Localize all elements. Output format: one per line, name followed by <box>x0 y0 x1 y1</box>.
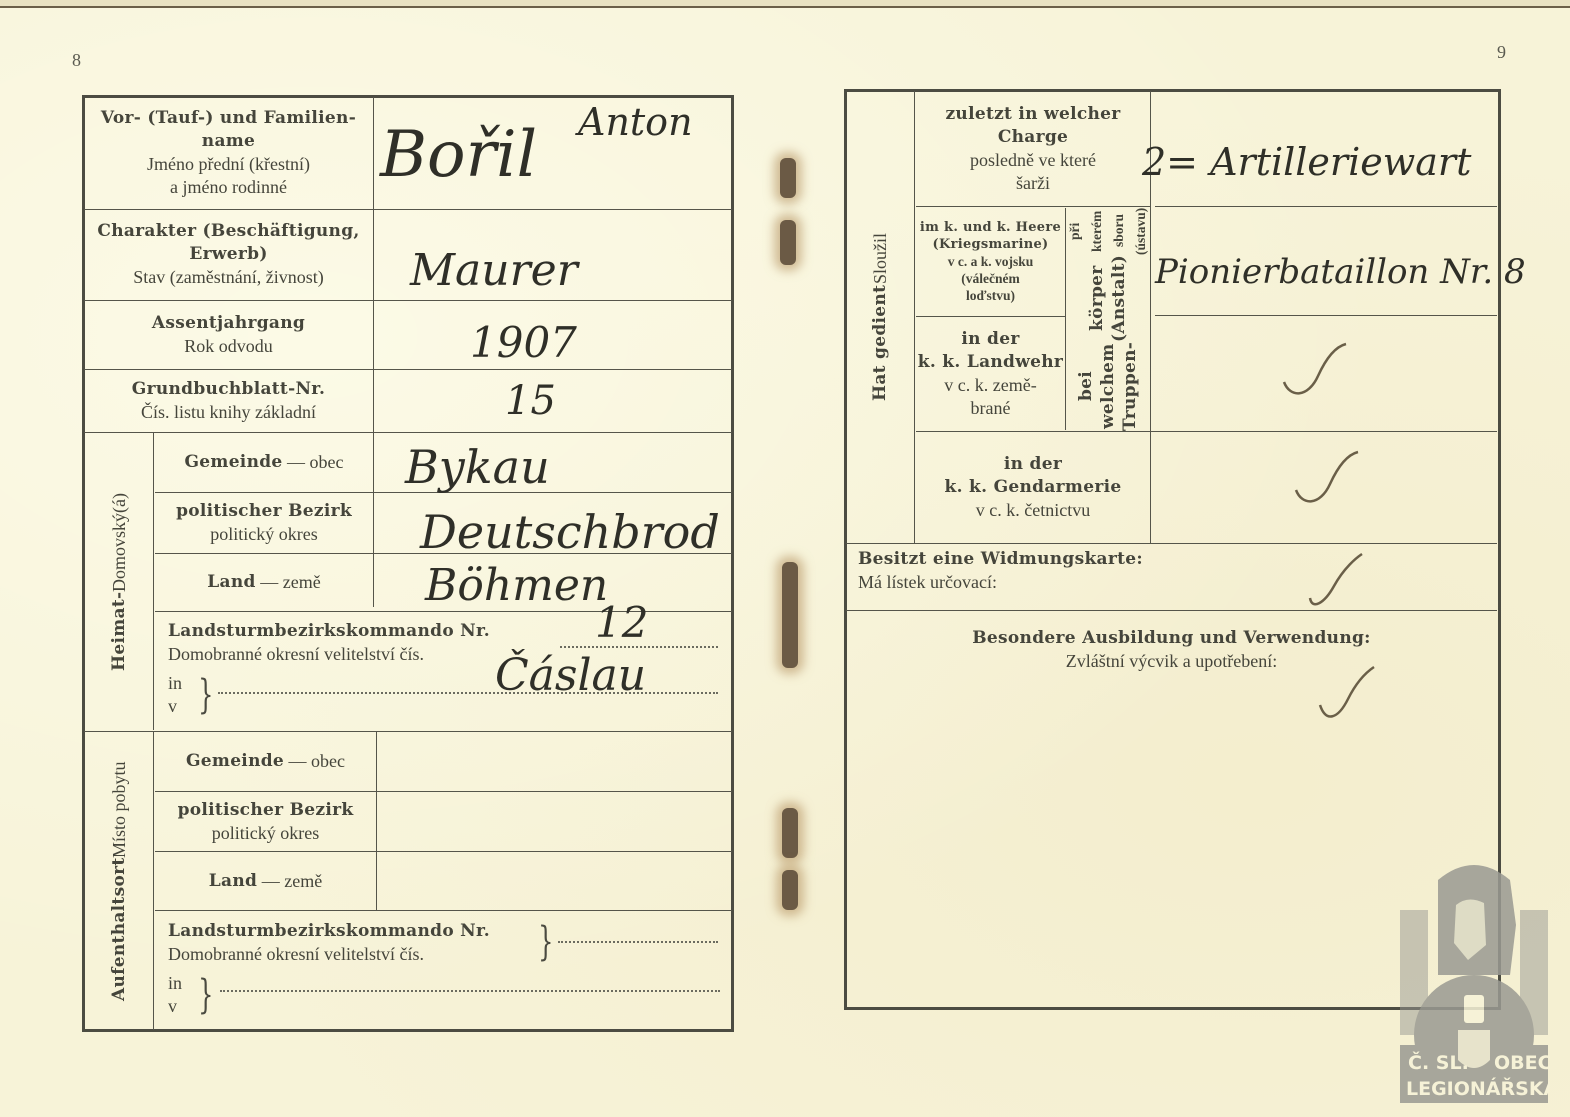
value-heimat-bezirk: Deutschbrod <box>420 505 720 559</box>
divider <box>84 731 732 732</box>
label-charge: zuletzt in welcher Charge posledně ve kt… <box>916 92 1150 205</box>
divider <box>84 432 732 433</box>
value-heimat-landsturm-nr: 12 <box>595 598 648 647</box>
checkmark-gendarmerie <box>1292 448 1362 503</box>
checkmark-landwehr <box>1280 340 1350 395</box>
label-widmungskarte: Besitzt eine Widmungskarte: Má lístek ur… <box>858 548 1258 606</box>
label-aufenthalt-in: in v <box>168 972 198 1022</box>
label-served: Hat gedient Sloužil <box>848 92 912 542</box>
page-number-right: 9 <box>1497 42 1506 63</box>
checkmark-widmungskarte <box>1300 552 1370 607</box>
value-service-army: Pionierbataillon Nr. 8 <box>1155 252 1526 292</box>
divider <box>153 433 154 730</box>
value-surname: Bořil <box>380 118 537 192</box>
divider <box>916 316 1065 317</box>
divider <box>376 732 377 910</box>
label-unit-column: bei welchem Truppen- körper (Anstalt) př… <box>1067 208 1149 430</box>
value-first-name: Anton <box>578 100 693 144</box>
label-service-landwehr: in der k. k. Landwehr v c. k. země- bran… <box>916 318 1065 430</box>
divider <box>916 431 1497 432</box>
book-top-edge <box>0 0 1570 8</box>
brace: } <box>198 975 213 1015</box>
label-assent-year: Assentjahrgang Rok odvodu <box>86 302 371 367</box>
svg-text:LEGIONÁŘSKÁ: LEGIONÁŘSKÁ <box>1406 1077 1550 1100</box>
divider <box>846 610 1497 611</box>
label-aufenthalt-landsturm: Landsturmbezirkskommando Nr. Domobranné … <box>168 920 528 970</box>
label-register-number: Grundbuchblatt-Nr. Čís. listu knihy zákl… <box>86 371 371 430</box>
staple-top <box>780 158 796 198</box>
divider <box>155 910 732 911</box>
label-aufenthalt-bezirk: politischer Bezirk politický okres <box>156 793 375 850</box>
divider <box>846 543 1497 544</box>
page-number-left: 8 <box>72 50 81 71</box>
divider <box>1155 206 1497 207</box>
staple-bottom <box>782 808 798 858</box>
label-aufenthalt-gemeinde: Gemeinde — obec <box>156 733 375 790</box>
label-heimat-gemeinde: Gemeinde — obec <box>156 434 372 491</box>
divider <box>1155 315 1497 316</box>
label-heimat-in: in v <box>168 672 198 722</box>
label-service-army: im k. und k. Heere (Kriegsmarine) v c. a… <box>916 208 1065 315</box>
label-heimat-bezirk: politischer Bezirk politický okres <box>156 494 372 552</box>
value-charge: 2= Artilleriewart <box>1142 140 1471 184</box>
svg-text:Č. SL.: Č. SL. <box>1408 1050 1469 1074</box>
value-occupation: Maurer <box>410 245 578 296</box>
value-assent-year: 1907 <box>470 318 577 367</box>
dotted-line <box>558 941 718 943</box>
brace: } <box>198 675 213 715</box>
section-label-aufenthalt: Aufenthaltsort Místo pobytu <box>86 733 152 1029</box>
dotted-line <box>220 990 720 992</box>
divider <box>84 300 732 301</box>
divider <box>914 91 915 543</box>
divider <box>153 732 154 1030</box>
label-occupation: Charakter (Beschäftigung, Erwerb) Stav (… <box>86 211 371 298</box>
svg-text:OBEC: OBEC <box>1494 1052 1550 1074</box>
staple-top-2 <box>780 220 796 265</box>
value-heimat-gemeinde: Bykau <box>405 440 550 494</box>
divider <box>155 791 732 792</box>
staple-middle <box>782 562 798 668</box>
divider <box>84 369 732 370</box>
divider <box>373 97 374 607</box>
divider <box>155 851 732 852</box>
divider <box>84 209 732 210</box>
value-heimat-land: Böhmen <box>425 560 608 611</box>
value-register-number: 15 <box>505 378 556 424</box>
label-special-training: Besondere Ausbildung und Verwendung: Zvl… <box>846 620 1497 680</box>
label-heimat-landsturm: Landsturmbezirkskommando Nr. Domobranné … <box>168 620 528 670</box>
label-heimat-land: Land — země <box>156 555 372 610</box>
legion-logo-watermark: Č. SL. OBEC LEGIONÁŘSKÁ <box>1398 855 1550 1105</box>
section-label-heimat: Heimat- Domovský(á) <box>86 434 152 730</box>
value-heimat-landsturm-in: Čáslau <box>495 650 646 701</box>
label-name: Vor- (Tauf-) und Familien- name Jméno př… <box>86 99 371 207</box>
label-aufenthalt-land: Land — země <box>156 853 375 909</box>
brace: } <box>538 922 553 962</box>
checkmark-special-training <box>1312 665 1382 720</box>
label-service-gendarmerie: in der k. k. Gendarmerie v c. k. četnict… <box>916 433 1150 542</box>
staple-bottom-2 <box>782 870 798 910</box>
